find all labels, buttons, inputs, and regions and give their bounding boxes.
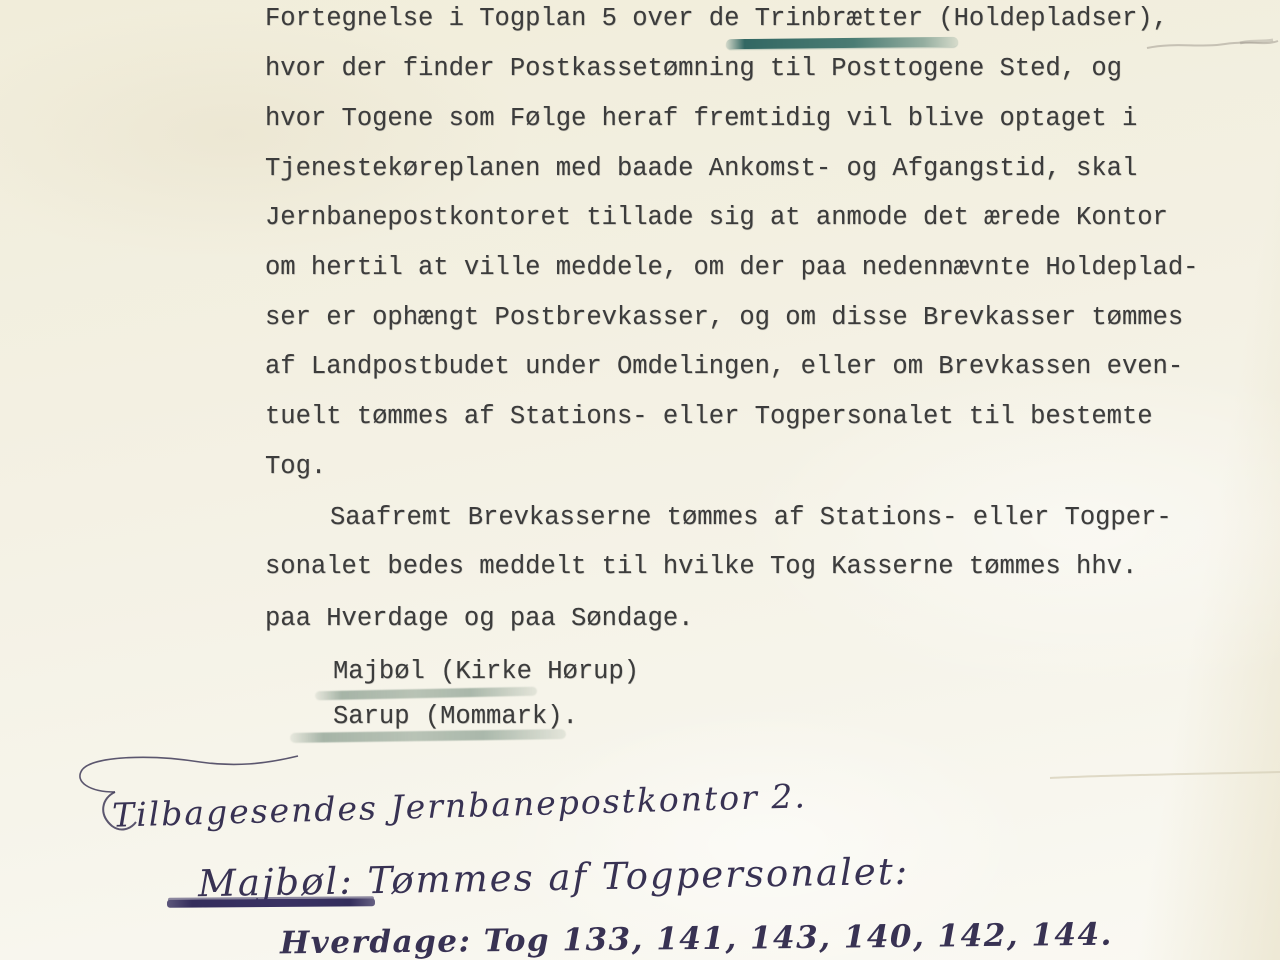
handwritten-majbol-note: Majbøl: Tømmes af Togpersonalet:	[198, 850, 910, 905]
typed-line: Tjenestekøreplanen med baade Ankomst- og…	[265, 155, 1137, 183]
typed-line: om hertil at ville meddele, om der paa n…	[265, 254, 1198, 282]
handwritten-return-note: Tilbagesendes Jernbanepostkontor 2.	[112, 776, 808, 834]
typed-line: af Landpostbudet under Omdelingen, eller…	[265, 353, 1183, 381]
typed-line: Majbøl (Kirke Hørup)	[333, 658, 639, 686]
typed-line: ser er ophængt Postbrevkasser, og om dis…	[265, 304, 1183, 332]
handwritten-majbol-rest: Tømmes af Togpersonalet:	[353, 850, 909, 903]
typed-line: hvor der finder Postkassetømning til Pos…	[265, 55, 1122, 83]
typed-line: Sarup (Mommark).	[333, 703, 578, 731]
faint-green-underline-mark	[315, 687, 537, 701]
typed-line: Jernbanepostkontoret tillade sig at anmo…	[265, 204, 1168, 232]
typed-line: hvor Togene som Følge heraf fremtidig vi…	[265, 105, 1137, 133]
pencil-smudge-mark	[1145, 34, 1280, 56]
faint-green-underline-mark	[290, 729, 566, 743]
typed-line: Tog.	[265, 453, 326, 481]
handwritten-weekday-trains-note: Hverdage: Tog 133, 141, 143, 140, 142, 1…	[280, 917, 1113, 960]
document-page: Fortegnelse i Togplan 5 over de Trinbræt…	[0, 0, 1280, 960]
teal-underline-mark	[726, 37, 958, 49]
typed-line: Fortegnelse i Togplan 5 over de Trinbræt…	[265, 5, 1168, 33]
paper-crease	[1050, 768, 1280, 782]
typed-line: Saafremt Brevkasserne tømmes af Stations…	[330, 504, 1172, 532]
typed-line: sonalet bedes meddelt til hvilke Tog Kas…	[265, 553, 1137, 581]
heavy-ink-underline-mark	[167, 898, 375, 907]
typed-line: paa Hverdage og paa Søndage.	[265, 605, 693, 633]
typed-line: tuelt tømmes af Stations- eller Togperso…	[265, 403, 1153, 431]
